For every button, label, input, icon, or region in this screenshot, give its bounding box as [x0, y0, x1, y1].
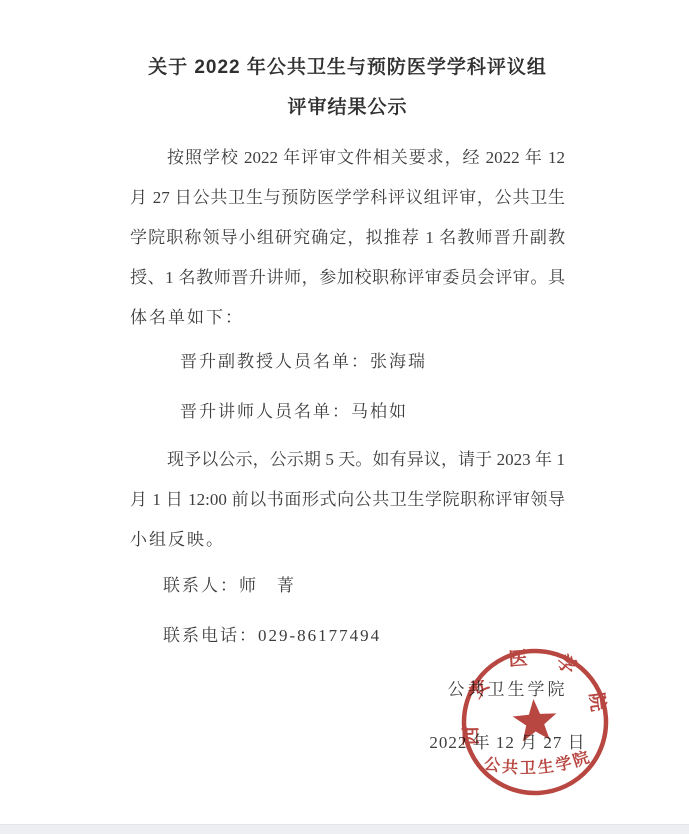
page-bottom-edge: [0, 824, 689, 834]
title-line-2: 评审结果公示: [130, 88, 565, 128]
list-item-lecturer: 晋升讲师人员名单：马柏如: [130, 392, 565, 432]
paragraph-1-line: 授、1 名教师晋升讲师，参加校职称评审委员会评审。具: [130, 258, 565, 298]
document-content: 关于 2022 年公共卫生与预防医学学科评议组 评审结果公示 按照学校 2022…: [130, 0, 565, 656]
paragraph-2: 现予以公示，公示期 5 天。如有异议，请于 2023 年 1 月 1 日 12:…: [130, 440, 565, 560]
paragraph-1: 按照学校 2022 年评审文件相关要求，经 2022 年 12 月 27 日公共…: [130, 138, 565, 338]
list-item-assoc-prof: 晋升副教授人员名单：张海瑞: [130, 342, 565, 382]
signature-org: 公共卫生学院: [400, 680, 615, 700]
contact-phone-line: 联系电话：029-86177494: [130, 616, 565, 656]
document-title: 关于 2022 年公共卫生与预防医学学科评议组 评审结果公示: [130, 48, 565, 128]
document-page: 关于 2022 年公共卫生与预防医学学科评议组 评审结果公示 按照学校 2022…: [0, 0, 689, 834]
paragraph-2-line: 现予以公示，公示期 5 天。如有异议，请于 2023 年 1: [130, 440, 565, 480]
paragraph-1-line: 学院职称领导小组研究确定，拟推荐 1 名教师晋升副教: [130, 218, 565, 258]
signature-block: 公共卫生学院 2022 年 12 月 27 日: [400, 680, 615, 753]
signature-date: 2022 年 12 月 27 日: [400, 733, 615, 753]
paragraph-1-line: 体名单如下：: [130, 298, 565, 338]
paragraph-1-line: 按照学校 2022 年评审文件相关要求，经 2022 年 12: [130, 138, 565, 178]
paragraph-1-line: 月 27 日公共卫生与预防医学学科评议组评审，公共卫生: [130, 178, 565, 218]
contact-person-line: 联系人：师 菁: [130, 566, 565, 606]
paragraph-2-line: 小组反映。: [130, 520, 565, 560]
title-line-1: 关于 2022 年公共卫生与预防医学学科评议组: [130, 48, 565, 88]
paragraph-2-line: 月 1 日 12:00 前以书面形式向公共卫生学院职称评审领导: [130, 480, 565, 520]
